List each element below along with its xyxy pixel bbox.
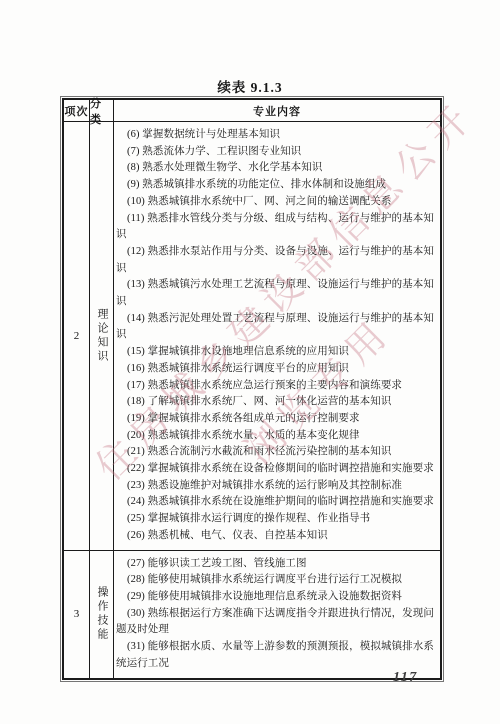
spec-item: (31) 能够根据水质、水量等上游参数的预测预报，模拟城镇排水系统运行工况 [116, 639, 434, 672]
row-index: 3 [64, 551, 90, 678]
page-number: 117 [393, 670, 418, 686]
spec-item: (14) 熟悉污泥处理处置工艺流程与原理、设施运行与维护的基本知识 [116, 311, 434, 344]
header-item-no: 项次 [64, 100, 90, 122]
table-caption: 续表 9.1.3 [0, 76, 500, 96]
spec-item: (12) 熟悉排水泵站作用与分类、设备与设施、运行与维护的基本知识 [116, 244, 434, 277]
category-label: 操作技能 [96, 586, 107, 642]
spec-item: (29) 能够使用城镇排水设施地理信息系统录入设施数据资料 [116, 589, 434, 606]
spec-item: (26) 熟悉机械、电气、仪表、自控基本知识 [116, 528, 434, 545]
row-content: (6) 掌握数据统计与处理基本知识(7) 熟悉流体力学、工程识图专业知识(8) … [114, 122, 440, 551]
spec-item: (9) 熟悉城镇排水系统的功能定位、排水体制和设施组成 [116, 177, 434, 194]
spec-item: (21) 熟悉合流制污水截流和雨水径流污染控制的基本知识 [116, 444, 434, 461]
row-index: 2 [64, 122, 90, 551]
spec-item: (10) 熟悉城镇排水系统中厂、网、河之间的输送调配关系 [116, 194, 434, 211]
header-category: 分类 [90, 100, 114, 122]
row-category: 操作技能 [90, 551, 114, 678]
spec-item: (19) 掌握城镇排水系统各组成单元的运行控制要求 [116, 411, 434, 428]
category-label: 理论知识 [96, 308, 107, 364]
spec-item: (25) 掌握城镇排水运行调度的操作规程、作业指导书 [116, 511, 434, 528]
document-page: 住房城乡建设部信息公开 浏览专用 续表 9.1.3 项次 分类 专业内容 2 理… [0, 0, 500, 724]
spec-item: (8) 熟悉水处理微生物学、水化学基本知识 [116, 160, 434, 177]
spec-item: (6) 掌握数据统计与处理基本知识 [116, 127, 434, 144]
spec-item: (22) 掌握城镇排水系统在设备检修期间的临时调控措施和实施要求 [116, 461, 434, 478]
row-content: (27) 能够识读工艺竣工图、管线施工图(28) 能够使用城镇排水系统运行调度平… [114, 551, 440, 678]
spec-item: (17) 熟悉城镇排水系统应急运行预案的主要内容和演练要求 [116, 378, 434, 395]
spec-table: 项次 分类 专业内容 2 理论知识 (6) 掌握数据统计与处理基本知识(7) 熟… [62, 98, 442, 680]
spec-item: (11) 熟悉排水管线分类与分级、组成与结构、运行与维护的基本知识 [116, 211, 434, 244]
spec-item: (20) 熟悉城镇排水系统水量、水质的基本变化规律 [116, 428, 434, 445]
spec-item: (15) 掌握城镇排水设施地理信息系统的应用知识 [116, 344, 434, 361]
spec-item: (23) 熟悉设施维护对城镇排水系统的运行影响及其控制标准 [116, 478, 434, 495]
spec-item: (18) 了解城镇排水系统厂、网、河一体化运营的基本知识 [116, 394, 434, 411]
spec-item: (16) 熟悉城镇排水系统运行调度平台的应用知识 [116, 361, 434, 378]
spec-item: (24) 熟悉城镇排水系统在设施维护期间的临时调控措施和实施要求 [116, 494, 434, 511]
spec-item: (28) 能够使用城镇排水系统运行调度平台进行运行工况模拟 [116, 572, 434, 589]
spec-item: (7) 熟悉流体力学、工程识图专业知识 [116, 144, 434, 161]
spec-item: (27) 能够识读工艺竣工图、管线施工图 [116, 556, 434, 573]
header-professional-content: 专业内容 [114, 100, 440, 122]
row-category: 理论知识 [90, 122, 114, 551]
spec-item: (13) 熟悉城镇污水处理工艺流程与原理、设施运行与维护的基本知识 [116, 277, 434, 310]
spec-item: (30) 熟练根据运行方案准确下达调度指令并跟进执行情况，发现问题及时处理 [116, 606, 434, 639]
